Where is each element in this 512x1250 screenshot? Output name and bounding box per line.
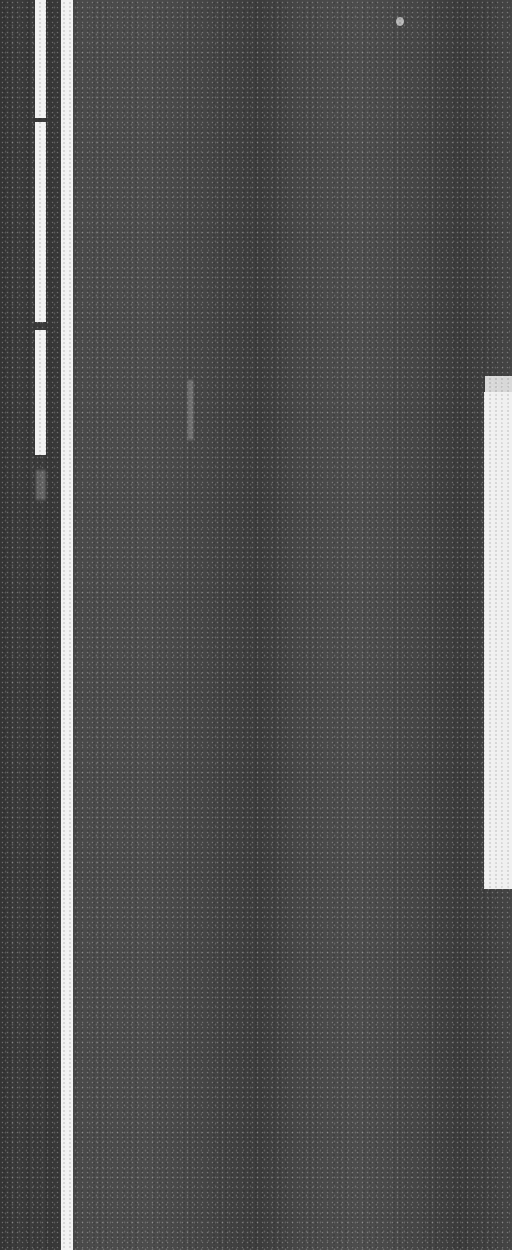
asphalt-texture — [0, 0, 512, 1250]
road-aerial-image — [0, 0, 512, 1250]
